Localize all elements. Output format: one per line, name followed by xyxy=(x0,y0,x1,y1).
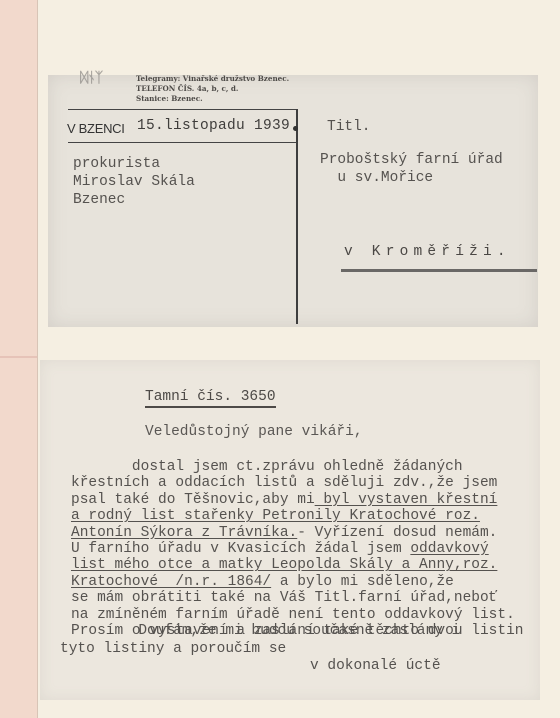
winery-logo-icon: ᛞᚾᛉ xyxy=(80,70,128,96)
body-line: Kratochové /n.r. 1864/ a bylo mi sděleno… xyxy=(71,574,551,590)
body-line: dostal jsem ct.zprávu ohledně žádaných xyxy=(71,459,551,475)
body-line: psal také do Těšnovic,aby mi byl vystave… xyxy=(71,492,551,508)
body-text-segment: křestních a oddacích listů a sděluji zdv… xyxy=(71,475,497,491)
letter-body: dostal jsem ct.zprávu ohledně žádanýchkř… xyxy=(71,459,551,639)
letterhead-phone: TELEFON ČÍS. 4a, b, c, d. xyxy=(136,84,289,94)
reference-number: Tamní čís. 3650 xyxy=(145,389,276,408)
recipient-title: Titl. xyxy=(327,119,371,135)
body-text-segment: U farního úřadu v Kvasicích žádal jsem xyxy=(71,541,410,557)
body-text-segment: a bylo mi sděleno,že xyxy=(271,574,454,590)
underlined-text: byl vystaven křestní xyxy=(315,492,498,508)
date-dot xyxy=(293,126,298,131)
closing-paragraph: Doufám,že mi budou současně zaslány i ty… xyxy=(60,622,460,658)
body-text-segment: - Vyřízení dosud nemám. xyxy=(297,525,497,541)
body-line: se mám obrátiti také na Váš Titl.farní ú… xyxy=(71,590,551,606)
body-line: křestních a oddacích listů a sděluji zdv… xyxy=(71,475,551,491)
underlined-text: list mého otce a matky Leopolda Skály a … xyxy=(71,557,497,573)
destination-underline xyxy=(341,269,537,272)
underlined-text: Antonín Sýkora z Trávníka. xyxy=(71,525,297,541)
underlined-text: Kratochové /n.r. 1864/ xyxy=(71,574,271,590)
letterhead: Telegramy: Vinařské družstvo Bzenec. TEL… xyxy=(136,74,289,104)
body-text-segment: psal také do Těšnovic,aby mi xyxy=(71,492,315,508)
sender-address: prokurista Miroslav Skála Bzenec xyxy=(73,155,195,209)
letter-date: 15.listopadu 1939 xyxy=(137,118,290,134)
body-line: list mého otce a matky Leopolda Skály a … xyxy=(71,557,551,573)
letterhead-telegram: Telegramy: Vinařské družstvo Bzenec. xyxy=(136,74,289,84)
header-rule-mid xyxy=(68,142,298,143)
underlined-text: oddavkový xyxy=(410,541,488,557)
place-label: V BZENCI xyxy=(67,121,125,136)
underlined-text: a rodný list stařenky Petronily Kratocho… xyxy=(71,508,480,524)
body-text-segment: na zmíněném farním úřadě není tento odda… xyxy=(71,607,515,623)
body-line: a rodný list stařenky Petronily Kratocho… xyxy=(71,508,551,524)
sign-off: v dokonalé úctě xyxy=(310,658,441,674)
adjacent-page-edge xyxy=(0,0,38,718)
recipient-address: Proboštský farní úřad u sv.Mořice xyxy=(320,151,503,187)
body-line: na zmíněném farním úřadě není tento odda… xyxy=(71,607,551,623)
fold-crease xyxy=(0,356,37,358)
body-line: Antonín Sýkora z Trávníka.- Vyřízení dos… xyxy=(71,525,551,541)
salutation: Veledůstojný pane vikáři, xyxy=(145,424,363,440)
header-divider xyxy=(296,109,298,324)
body-text-segment: dostal jsem ct.zprávu ohledně žádaných xyxy=(71,459,463,475)
recipient-city: v Kroměříži. xyxy=(344,244,511,260)
header-rule-top xyxy=(68,109,298,110)
body-text-segment: se mám obrátiti také na Váš Titl.farní ú… xyxy=(71,590,497,606)
body-line: U farního úřadu v Kvasicích žádal jsem o… xyxy=(71,541,551,557)
letterhead-station: Stanice: Bzenec. xyxy=(136,94,289,104)
